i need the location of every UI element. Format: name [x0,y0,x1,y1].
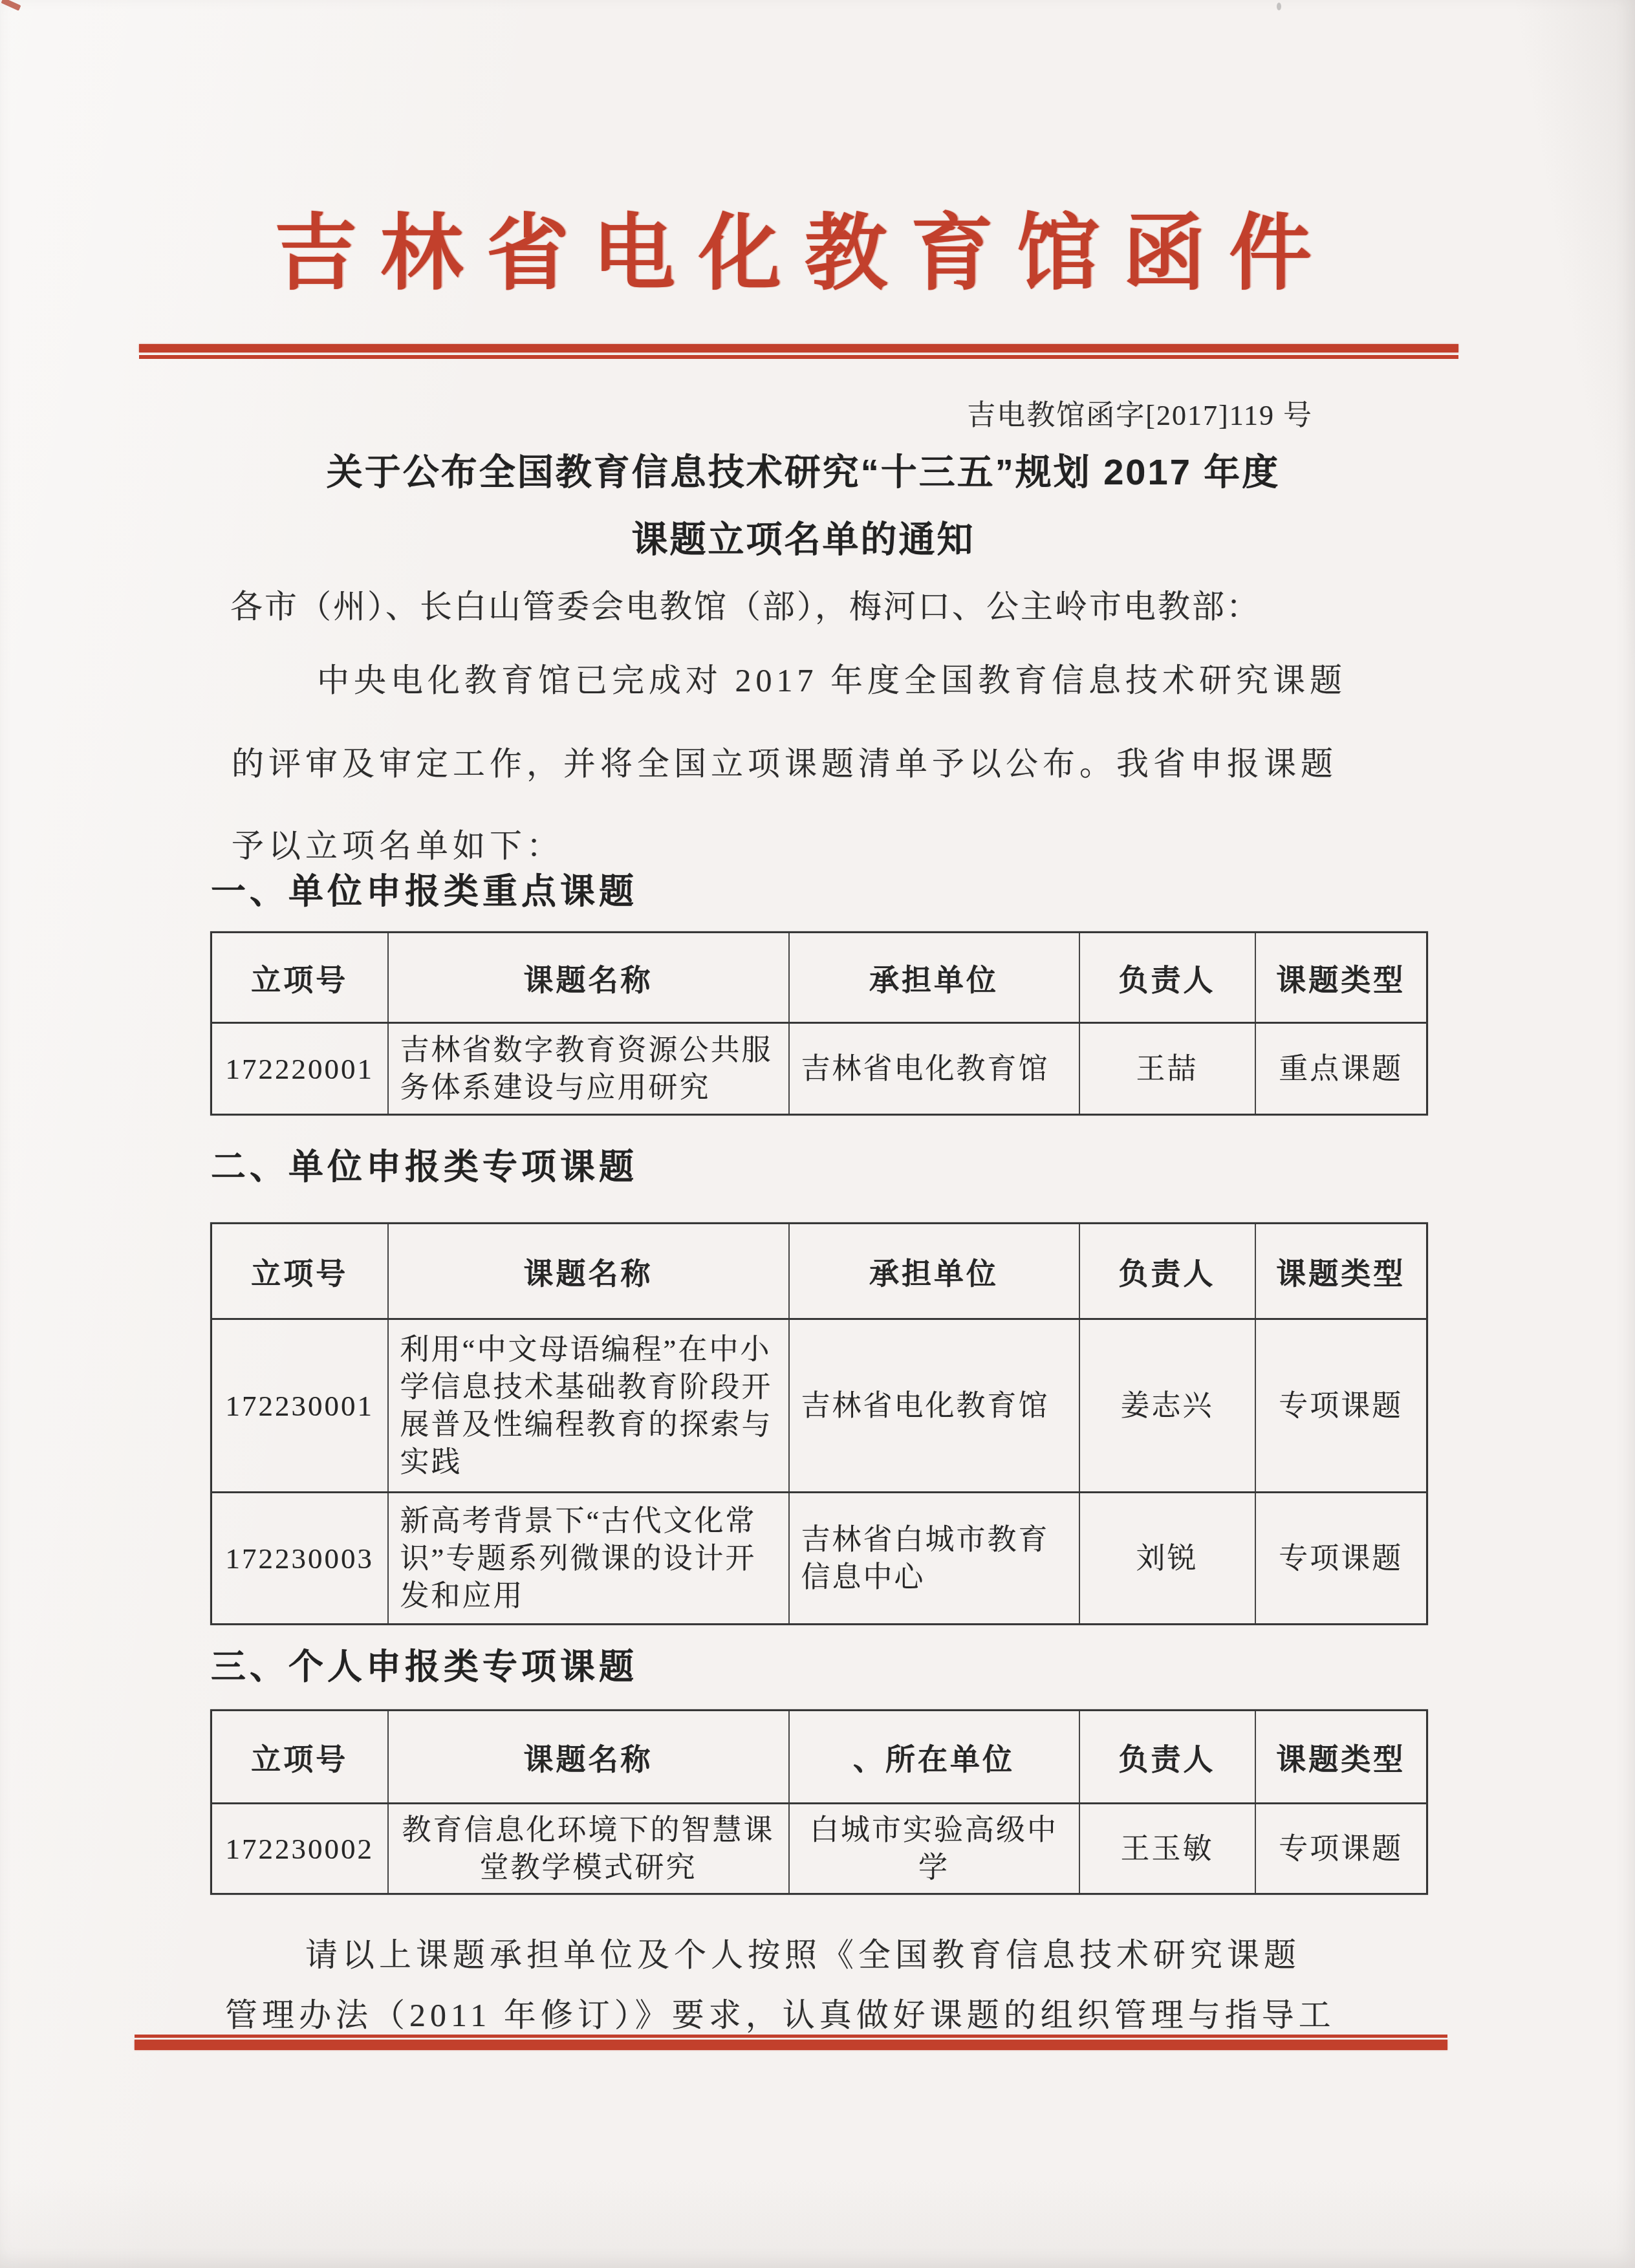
col-header-project-id: 立项号 [211,933,388,1023]
cell-project-type: 专项课题 [1255,1804,1427,1894]
cell-project-id: 172220001 [211,1023,388,1115]
cell-person-in-charge: 王喆 [1079,1023,1255,1115]
table-individual-special-projects: 立项号 课题名称 、所在单位 负责人 课题类型 172230002 教育信息化环… [210,1709,1428,1895]
section-heading-3: 三、个人申报类专项课题 [211,1639,638,1689]
table-row: 172230001 利用“中文母语编程”在中小学信息技术基础教育阶段开展普及性编… [211,1319,1427,1493]
col-header-person-in-charge: 负责人 [1079,1711,1255,1804]
letterhead-title: 吉林省电化教育馆函件 [0,211,1609,297]
document-number: 吉电教馆函字[2017]119 号 [967,392,1313,433]
body-paragraph-line2: 的评审及审定工作，并将全国立项课题清单予以公布。我省申报课题 [232,738,1337,784]
letterhead-rule-thick [139,344,1458,352]
table-header-row: 立项号 课题名称 承担单位 负责人 课题类型 [211,933,1427,1023]
cell-person-in-charge: 刘锐 [1079,1493,1255,1625]
table-header-row: 立项号 课题名称 承担单位 负责人 课题类型 [211,1224,1427,1319]
cell-project-type: 专项课题 [1255,1319,1427,1493]
table-unit-key-projects: 立项号 课题名称 承担单位 负责人 课题类型 172220001 吉林省数字教育… [210,931,1428,1116]
cell-project-id: 172230001 [211,1319,388,1493]
cell-undertaking-unit: 吉林省白城市教育信息中心 [789,1493,1079,1625]
section-heading-2: 二、单位申报类专项课题 [211,1139,638,1189]
cell-person-in-charge: 姜志兴 [1079,1319,1255,1493]
table-row: 172230002 教育信息化环境下的智慧课堂教学模式研究 白城市实验高级中学 … [211,1804,1427,1894]
cell-project-id: 172230003 [211,1493,388,1625]
cell-project-type: 专项课题 [1255,1493,1427,1625]
scanned-letter-page: 吉林省电化教育馆函件 吉电教馆函字[2017]119 号 关于公布全国教育信息技… [0,0,1635,2268]
scan-speck-corner [1,0,21,11]
cell-project-name: 新高考背景下“古代文化常识”专题系列微课的设计开发和应用 [388,1493,789,1625]
col-header-home-unit: 、所在单位 [789,1711,1079,1804]
cell-undertaking-unit: 吉林省电化教育馆 [789,1319,1079,1493]
scan-speck-top [1277,3,1281,10]
closing-paragraph-line1: 请以上课题承担单位及个人按照《全国教育信息技术研究课题 [305,1929,1301,1976]
cell-person-in-charge: 王玉敏 [1079,1804,1255,1894]
cell-project-id: 172230002 [211,1804,388,1894]
table-header-row: 立项号 课题名称 、所在单位 负责人 课题类型 [211,1711,1427,1804]
col-header-person-in-charge: 负责人 [1079,1224,1255,1319]
cell-project-name: 吉林省数字教育资源公共服务体系建设与应用研究 [388,1023,789,1115]
col-header-project-id: 立项号 [211,1711,388,1804]
body-paragraph-line1: 中央电化教育馆已完成对 2017 年度全国教育信息技术研究课题 [317,654,1347,701]
col-header-project-type: 课题类型 [1255,1224,1427,1319]
table-unit-special-projects: 立项号 课题名称 承担单位 负责人 课题类型 172230001 利用“中文母语… [210,1222,1428,1625]
col-header-undertaking-unit: 承担单位 [789,933,1079,1023]
col-header-project-id: 立项号 [211,1224,388,1319]
cell-project-name: 利用“中文母语编程”在中小学信息技术基础教育阶段开展普及性编程教育的探索与实践 [388,1319,789,1493]
col-header-project-type: 课题类型 [1255,933,1427,1023]
notice-title-line1: 关于公布全国教育信息技术研究“十三五”规划 2017 年度 [0,444,1621,495]
col-header-undertaking-unit: 承担单位 [789,1224,1079,1319]
cell-project-name: 教育信息化环境下的智慧课堂教学模式研究 [388,1804,789,1894]
footer-rule-thick [135,2040,1447,2050]
col-header-project-type: 课题类型 [1255,1711,1427,1804]
salutation: 各市（州）、长白山管委会电教馆（部），梅河口、公主岭市电教部： [230,581,1261,627]
cell-undertaking-unit: 吉林省电化教育馆 [789,1023,1079,1115]
notice-title-line2: 课题立项名单的通知 [0,511,1621,563]
col-header-project-name: 课题名称 [388,1711,789,1804]
closing-paragraph-line2: 管理办法（2011 年修订）》要求，认真做好课题的组织管理与指导工 [225,1989,1336,2036]
table-row: 172230003 新高考背景下“古代文化常识”专题系列微课的设计开发和应用 吉… [211,1493,1427,1625]
body-paragraph-line3: 予以立项名单如下： [232,820,563,867]
table-row: 172220001 吉林省数字教育资源公共服务体系建设与应用研究 吉林省电化教育… [211,1023,1427,1115]
footer-rule-thin [135,2035,1447,2038]
section-heading-1: 一、单位申报类重点课题 [211,864,638,914]
cell-project-type: 重点课题 [1255,1023,1427,1115]
col-header-project-name: 课题名称 [388,1224,789,1319]
letterhead-rule-thin [139,355,1458,359]
col-header-person-in-charge: 负责人 [1079,933,1255,1023]
col-header-project-name: 课题名称 [388,933,789,1023]
cell-home-unit: 白城市实验高级中学 [789,1804,1079,1894]
